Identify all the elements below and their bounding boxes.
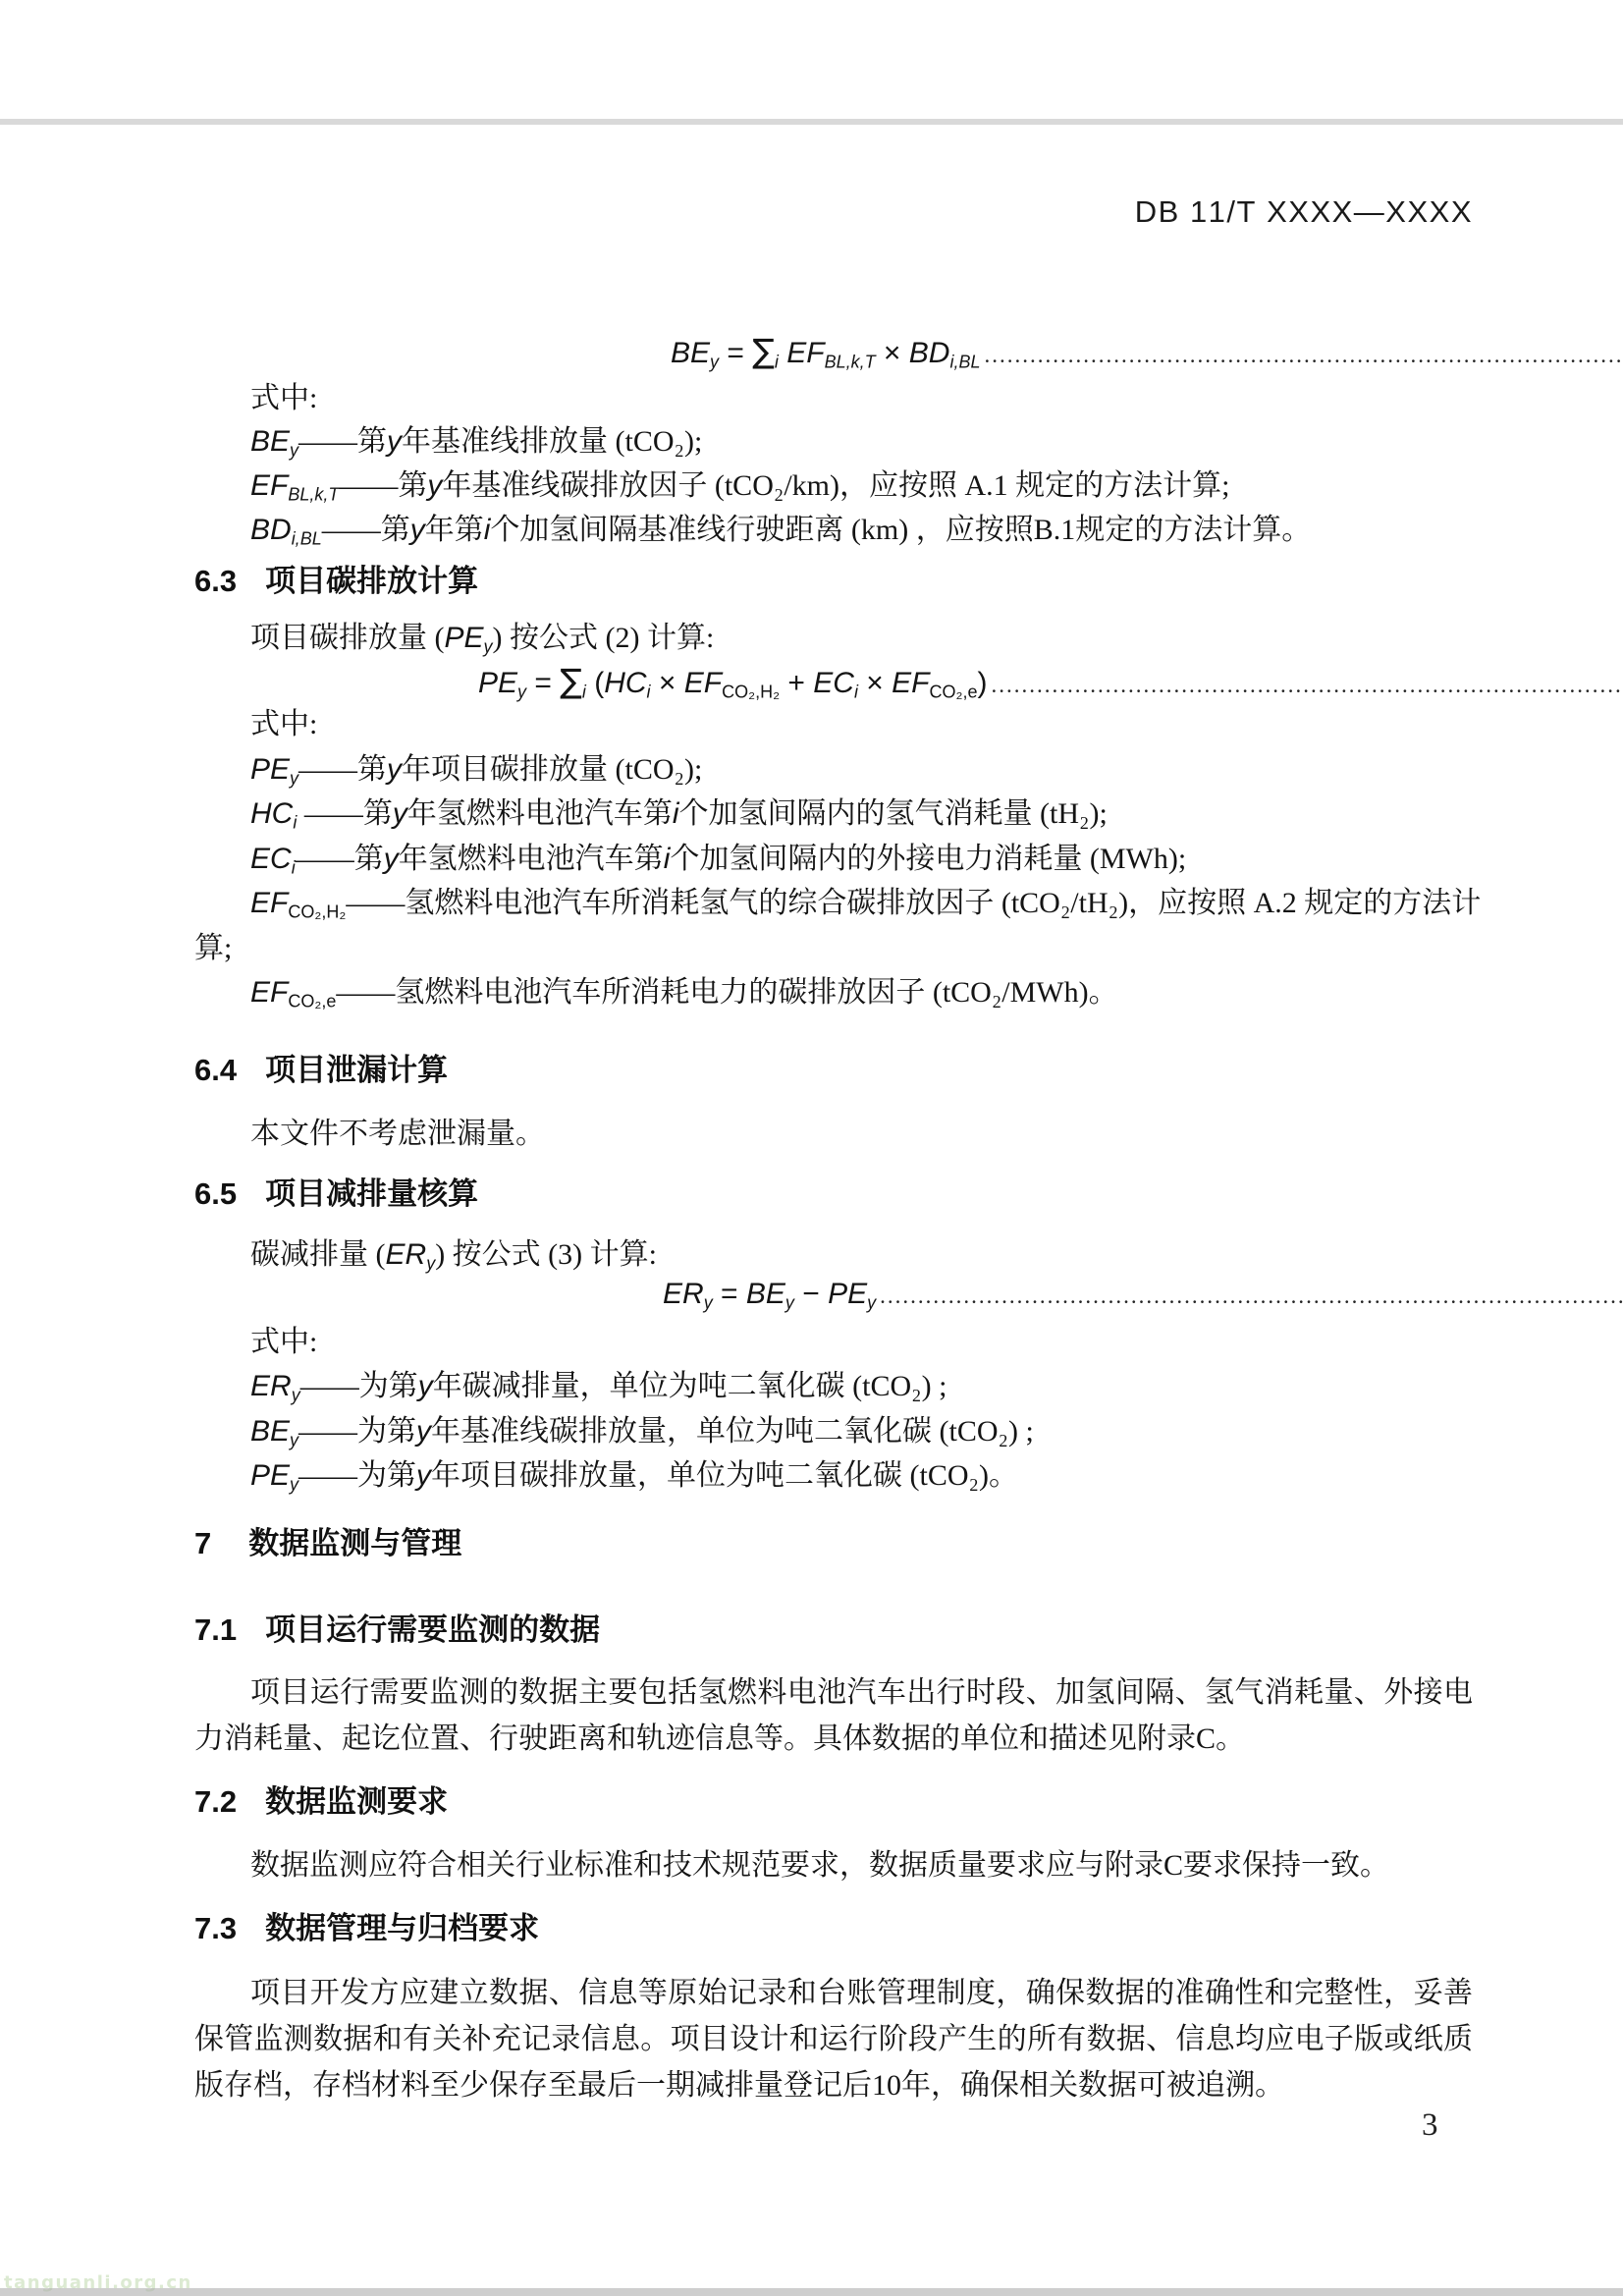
subscript: y: [785, 1292, 794, 1312]
subscript: BL,k,T: [288, 484, 339, 504]
heading-number: 7: [194, 1526, 211, 1560]
variable: EF: [892, 667, 929, 699]
text: ——为第: [300, 1370, 418, 1402]
text: 个加氢间隔基准线行驶距离 (km) ，应按照B.1规定的方法计算。: [490, 514, 1311, 546]
leader-dots: ........................................…: [985, 334, 1623, 377]
text: 年项目碳排放量 (tCO₂);: [402, 753, 702, 786]
variable: PE: [250, 753, 290, 786]
para-7-3: 项目开发方应建立数据、信息等原始记录和台账管理制度，确保数据的准确性和完整性，妥…: [194, 1970, 1473, 2108]
text: 年氢燃料电池汽车第: [399, 843, 664, 875]
text: ——第: [322, 514, 410, 546]
variable: PE: [478, 667, 517, 699]
def-hc-i: HCi ——第y年氢燃料电池汽车第i个加氢间隔内的氢气消耗量 (tH₂);: [194, 793, 1529, 844]
heading-number: 7.3: [194, 1911, 237, 1945]
page-number: 3: [1422, 2107, 1438, 2144]
heading-7: 7数据监测与管理: [194, 1522, 1473, 1565]
variable: y: [387, 753, 402, 786]
text: 碳减排量 (: [250, 1238, 386, 1271]
heading-title: 项目碳排放计算: [265, 564, 478, 598]
variable: EF: [250, 469, 288, 502]
heading-title: 项目泄漏计算: [265, 1053, 448, 1087]
eq3-where: 式中:: [194, 1321, 1529, 1364]
eq1-where-text: 式中:: [250, 382, 317, 414]
variable: y: [416, 1415, 431, 1448]
variable: BE: [746, 1278, 785, 1310]
sigma-symbol: ∑: [560, 662, 582, 700]
text: ) 按公式 (2) 计算:: [493, 622, 715, 654]
heading-title: 数据管理与归档要求: [265, 1911, 539, 1945]
def-ef-co2h2: EFCO₂,H₂——氢燃料电池汽车所消耗氢气的综合碳排放因子 (tCO₂/tH₂…: [194, 882, 1529, 933]
text: ——第: [298, 425, 387, 458]
variable: y: [387, 425, 402, 458]
heading-6-3: 6.3项目碳排放计算: [194, 560, 1473, 603]
para-7-1: 项目运行需要监测的数据主要包括氢燃料电池汽车出行时段、加氢间隔、氢气消耗量、外接…: [194, 1669, 1473, 1762]
def-bd-ibl-text: BDi,BL——第y年第i个加氢间隔基准线行驶距离 (km) ，应按照B.1规定…: [250, 514, 1311, 546]
subscript: y: [517, 682, 526, 701]
formula-3-body: ERy = BEy − PEy: [663, 1273, 876, 1324]
variable: HC: [604, 667, 646, 699]
operator: ×: [858, 667, 892, 699]
subscript: i,BL: [292, 528, 322, 548]
scan-artifact-top: [0, 119, 1623, 125]
variable: EF: [250, 976, 288, 1009]
variable: ER: [250, 1370, 292, 1402]
def-ef-co2e: EFCO₂,e——氢燃料电池汽车所消耗电力的碳排放因子 (tCO₂/MWh)。: [194, 971, 1529, 1022]
variable: i: [673, 797, 679, 830]
heading-title: 项目运行需要监测的数据: [265, 1613, 600, 1647]
variable: PE: [445, 622, 484, 654]
formula-1: BEy = ∑i EFBL,k,T × BDi,BL..............…: [194, 330, 1623, 383]
text: ) 按公式 (3) 计算:: [435, 1238, 657, 1271]
variable: HC: [250, 797, 293, 830]
text: ——为第: [298, 1415, 416, 1448]
def-ef-co2h2-text: EFCO₂,H₂——氢燃料电池汽车所消耗氢气的综合碳排放因子 (tCO₂/tH₂…: [250, 887, 1481, 919]
text: 年项目碳排放量，单位为吨二氧化碳 (tCO₂)。: [431, 1459, 1018, 1492]
operator: =: [713, 1278, 746, 1310]
operator: −: [794, 1278, 828, 1310]
subscript: y: [867, 1292, 876, 1312]
text: ——氢燃料电池汽车所消耗电力的碳排放因子 (tCO₂/MWh)。: [336, 976, 1117, 1009]
operator: (: [586, 667, 604, 699]
variable: y: [393, 797, 407, 830]
text: 年氢燃料电池汽车第: [407, 797, 673, 830]
text: ——第: [296, 843, 384, 875]
text: ——为第: [298, 1459, 416, 1492]
heading-number: 6.3: [194, 564, 237, 598]
text: 式中:: [250, 708, 317, 740]
def-ec-i-text: ECi——第y年氢燃料电池汽车第i个加氢间隔内的外接电力消耗量 (MWh);: [250, 843, 1186, 875]
heading-title: 项目减排量核算: [265, 1176, 478, 1211]
def-er-y: ERy——为第y年碳减排量，单位为吨二氧化碳 (tCO₂) ;: [194, 1365, 1529, 1416]
formula-3: ERy = BEy − PEy.........................…: [194, 1273, 1623, 1324]
text: ——第: [339, 469, 427, 502]
text: 项目碳排放量 (: [250, 622, 445, 654]
variable: EF: [786, 337, 824, 369]
subscript: y: [710, 352, 719, 371]
variable: PE: [250, 1459, 290, 1492]
text: 年基准线碳排放因子 (tCO₂/km)，应按照 A.1 规定的方法计算;: [442, 469, 1229, 502]
scan-artifact-bottom: [0, 2288, 1623, 2296]
def-hc-i-text: HCi ——第y年氢燃料电池汽车第i个加氢间隔内的氢气消耗量 (tH₂);: [250, 797, 1108, 830]
variable: ER: [386, 1238, 427, 1271]
sigma-symbol: ∑: [752, 332, 775, 370]
variable: BE: [250, 1415, 290, 1448]
text: 式中:: [250, 382, 317, 414]
variable: EF: [250, 887, 288, 919]
variable: y: [427, 469, 442, 502]
heading-6-5: 6.5项目减排量核算: [194, 1173, 1473, 1216]
def-pe-y2: PEy——为第y年项目碳排放量，单位为吨二氧化碳 (tCO₂)。: [194, 1454, 1529, 1505]
variable: EC: [250, 843, 292, 875]
variable: y: [384, 843, 399, 875]
text: 年基准线碳排放量，单位为吨二氧化碳 (tCO₂) ;: [431, 1415, 1034, 1448]
variable: EC: [813, 667, 854, 699]
leader-dots: ........................................…: [992, 664, 1623, 707]
heading-title: 数据监测与管理: [248, 1526, 461, 1560]
leader-dots: ........................................…: [880, 1275, 1623, 1318]
subscript: y: [484, 636, 493, 656]
intro-formula-2-text: 项目碳排放量 (PEy) 按公式 (2) 计算:: [250, 622, 714, 654]
subscript: CO₂,H₂: [288, 902, 346, 921]
heading-7-2: 7.2数据监测要求: [194, 1780, 1473, 1824]
subscript: CO₂,e: [930, 682, 978, 701]
operator: +: [780, 667, 813, 699]
subscript: y: [292, 1385, 300, 1404]
def-be-y2-text: BEy——为第y年基准线碳排放量，单位为吨二氧化碳 (tCO₂) ;: [250, 1415, 1034, 1448]
variable: ER: [663, 1278, 704, 1310]
eq2-where: 式中:: [194, 703, 1529, 746]
subscript: i,BL: [949, 352, 980, 371]
def-be-y-text: BEy——第y年基准线排放量 (tCO₂);: [250, 425, 702, 458]
def-ef-blkt-text: EFBL,k,T——第y年基准线碳排放因子 (tCO₂/km)，应按照 A.1 …: [250, 469, 1229, 502]
heading-number: 7.2: [194, 1784, 237, 1819]
operator: =: [526, 667, 560, 699]
eq3-where-text: 式中:: [250, 1326, 317, 1358]
operator: ×: [876, 337, 909, 369]
subscript: BL,k,T: [825, 352, 876, 371]
cont-suan: 算;: [194, 927, 1473, 970]
variable: y: [410, 514, 425, 546]
eq1-where: 式中:: [194, 377, 1529, 420]
subscript: y: [704, 1292, 713, 1312]
text: 个加氢间隔内的外接电力消耗量 (MWh);: [670, 843, 1186, 875]
para-6-4: 本文件不考虑泄漏量。: [194, 1111, 1473, 1157]
subscript: y: [290, 440, 298, 460]
variable: BE: [250, 425, 290, 458]
heading-title: 数据监测要求: [265, 1784, 448, 1819]
formula-1-body: BEy = ∑i EFBL,k,T × BDi,BL: [671, 330, 981, 383]
def-pe-y2-text: PEy——为第y年项目碳排放量，单位为吨二氧化碳 (tCO₂)。: [250, 1459, 1018, 1492]
subscript: y: [426, 1253, 435, 1273]
intro-formula-3-text: 碳减排量 (ERy) 按公式 (3) 计算:: [250, 1238, 657, 1271]
heading-7-3: 7.3数据管理与归档要求: [194, 1907, 1473, 1950]
text: 年第: [425, 514, 484, 546]
eq2-where-text: 式中:: [250, 708, 317, 740]
heading-6-4: 6.4项目泄漏计算: [194, 1049, 1473, 1092]
subscript: y: [290, 768, 298, 788]
para-7-2: 数据监测应符合相关行业标准和技术规范要求，数据质量要求应与附录C要求保持一致。: [194, 1842, 1473, 1888]
subscript: y: [290, 1474, 298, 1494]
cont-suan-text: 算;: [194, 932, 232, 964]
subscript: y: [290, 1430, 298, 1449]
variable: BD: [250, 514, 292, 546]
text: 式中:: [250, 1326, 317, 1358]
subscript: CO₂,e: [288, 991, 336, 1011]
def-pe-y-text: PEy——第y年项目碳排放量 (tCO₂);: [250, 753, 702, 786]
variable: BE: [671, 337, 710, 369]
def-ef-co2e-text: EFCO₂,e——氢燃料电池汽车所消耗电力的碳排放因子 (tCO₂/MWh)。: [250, 976, 1118, 1009]
variable: BD: [909, 337, 950, 369]
def-er-y-text: ERy——为第y年碳减排量，单位为吨二氧化碳 (tCO₂) ;: [250, 1370, 947, 1402]
doc-code: DB 11/T XXXX—XXXX: [1135, 194, 1473, 230]
variable: y: [418, 1370, 433, 1402]
text: 年基准线排放量 (tCO₂);: [402, 425, 702, 458]
operator: [779, 337, 786, 369]
document-page: DB 11/T XXXX—XXXX 3 tanguanli.org.cn BEy…: [0, 0, 1623, 2296]
text: 个加氢间隔内的氢气消耗量 (tH₂);: [679, 797, 1108, 830]
heading-number: 6.4: [194, 1053, 237, 1087]
operator: ×: [651, 667, 684, 699]
text: 算;: [194, 932, 232, 964]
text: 年碳减排量，单位为吨二氧化碳 (tCO₂) ;: [433, 1370, 947, 1402]
heading-number: 6.5: [194, 1176, 237, 1211]
heading-number: 7.1: [194, 1613, 237, 1647]
heading-7-1: 7.1项目运行需要监测的数据: [194, 1609, 1473, 1652]
variable: EF: [684, 667, 722, 699]
operator: ): [978, 667, 988, 699]
subscript: CO₂,H₂: [722, 682, 780, 701]
text: ——第: [298, 753, 387, 786]
operator: =: [719, 337, 752, 369]
variable: y: [416, 1459, 431, 1492]
variable: PE: [828, 1278, 867, 1310]
def-bd-ibl: BDi,BL——第y年第i个加氢间隔基准线行驶距离 (km) ，应按照B.1规定…: [194, 509, 1529, 560]
text: ——第: [297, 797, 393, 830]
text: ——氢燃料电池汽车所消耗氢气的综合碳排放因子 (tCO₂/tH₂)，应按照 A.…: [346, 887, 1481, 919]
